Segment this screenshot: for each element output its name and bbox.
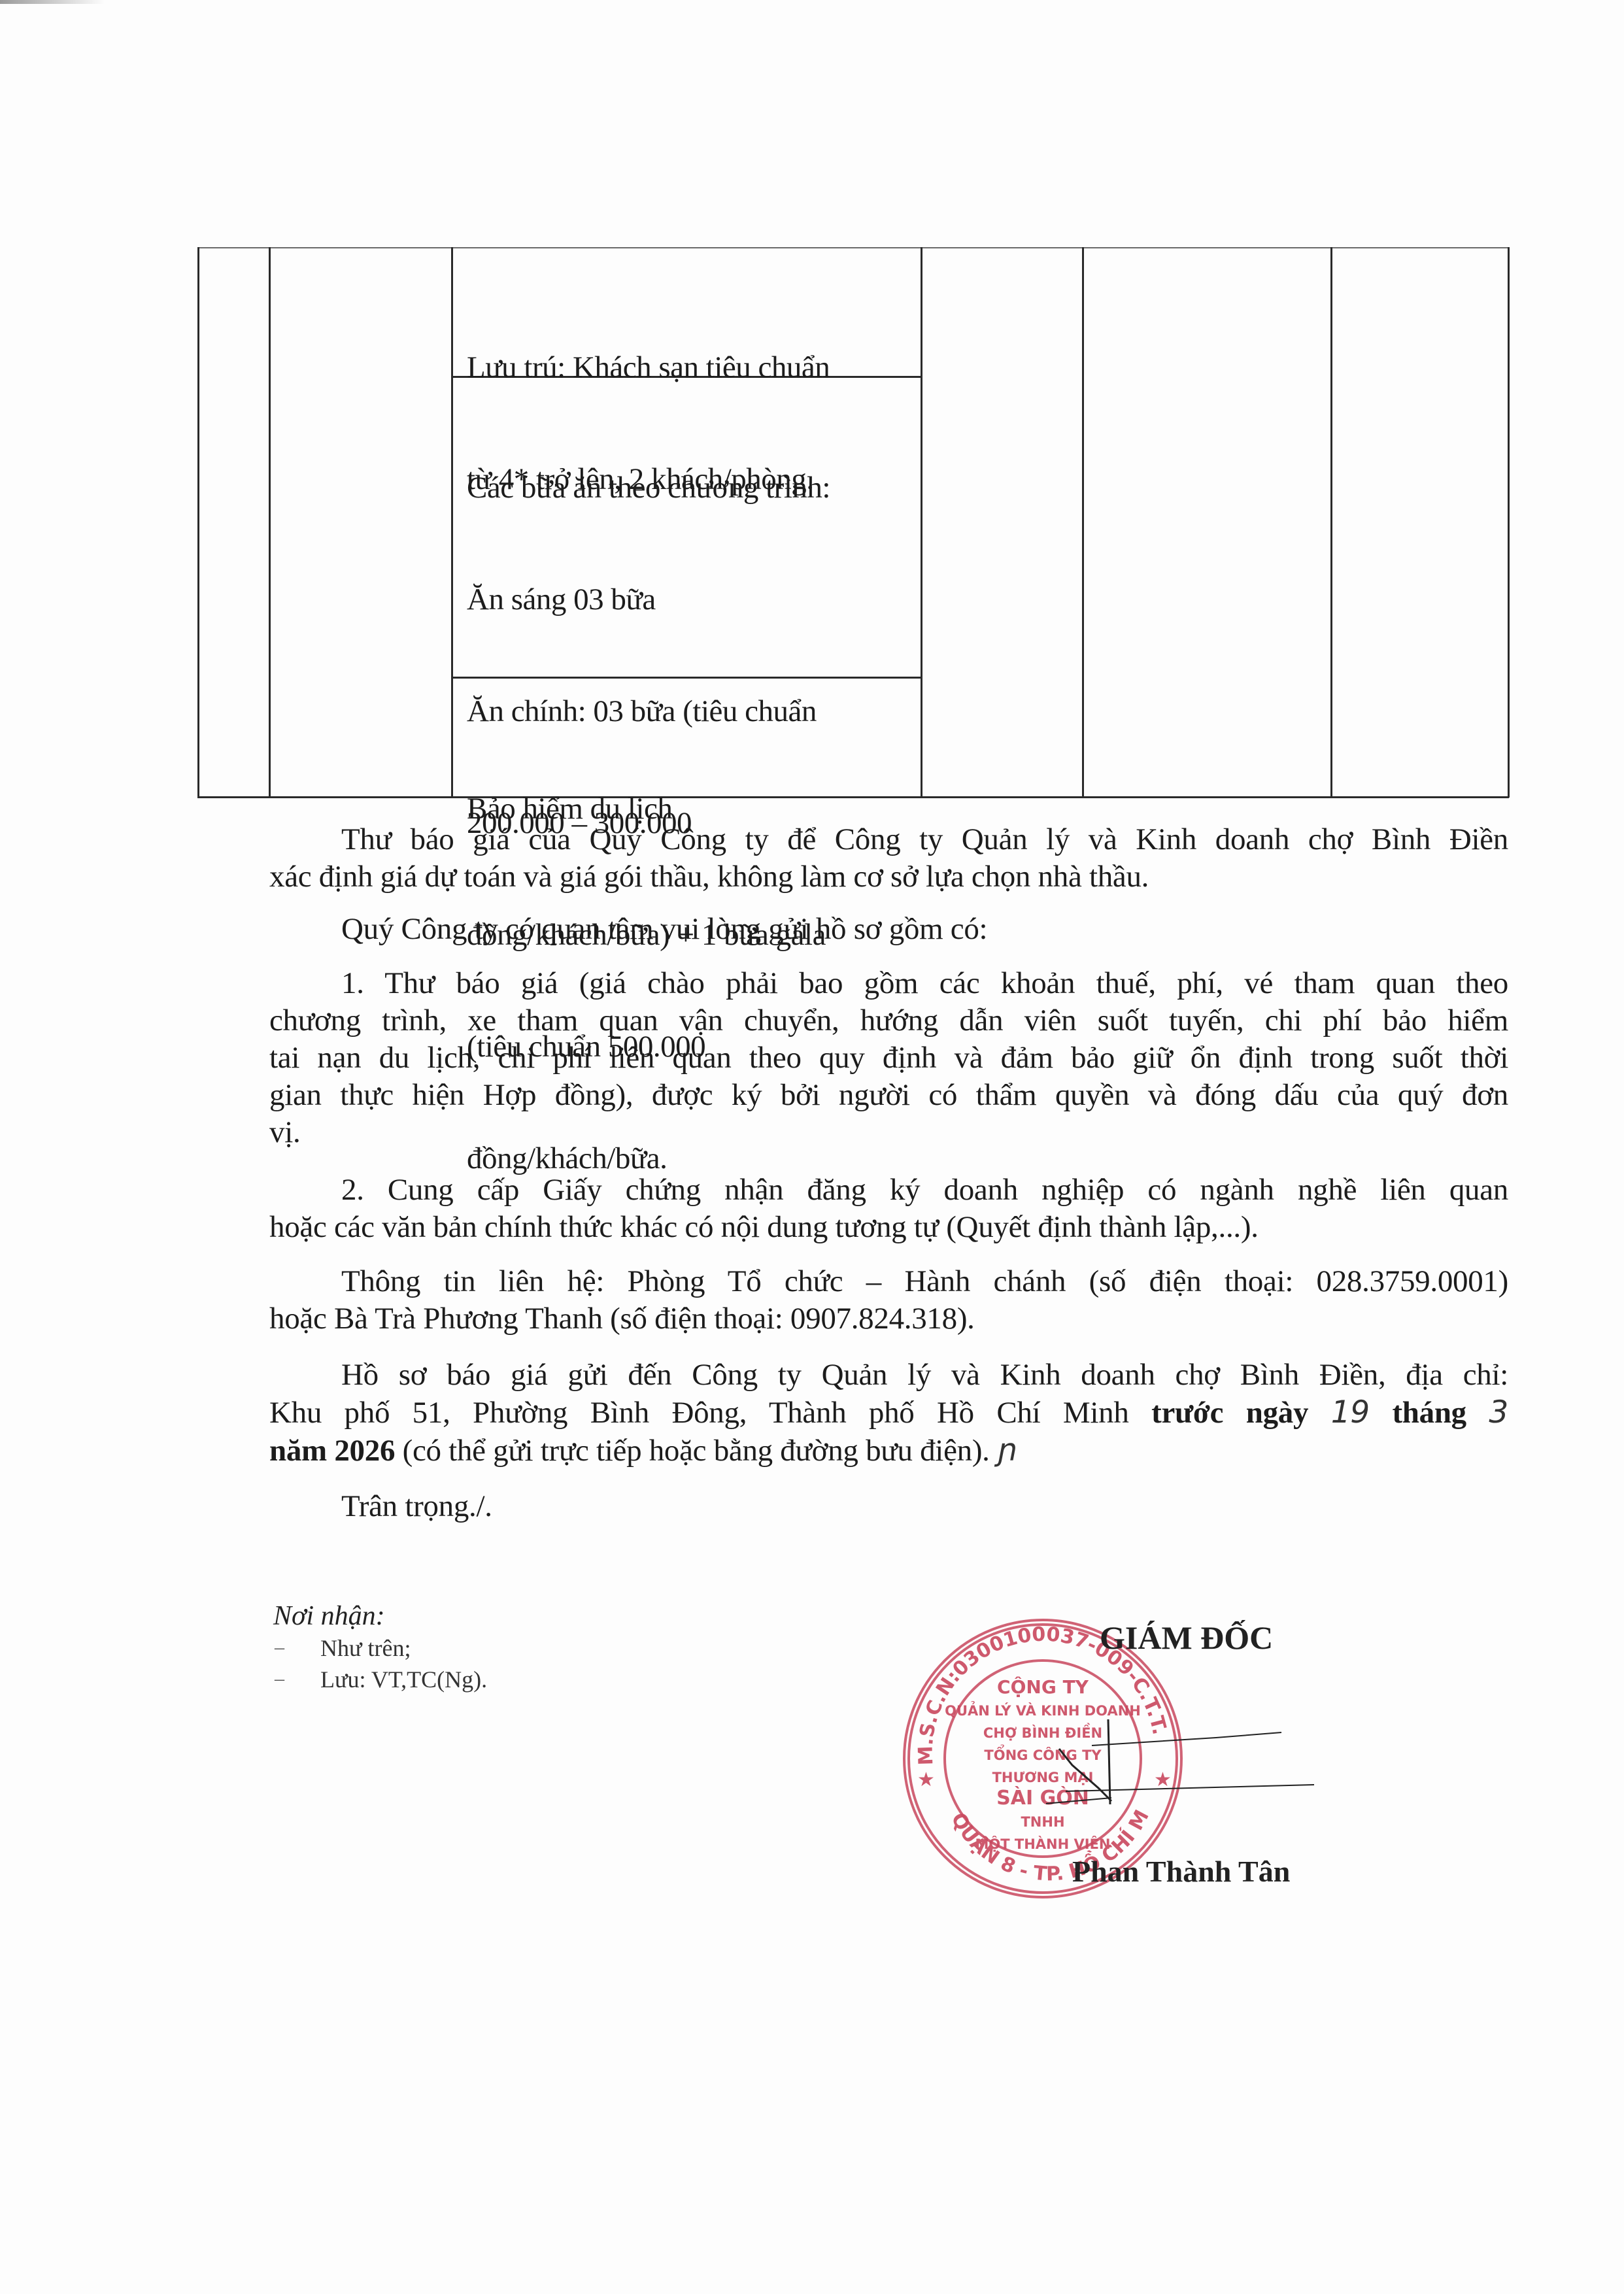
table-top-border	[197, 247, 1509, 248]
stamp-center-line: CỘNG TY	[997, 1676, 1089, 1698]
table-col-border	[197, 247, 199, 798]
bullet-dash: –	[275, 1636, 284, 1659]
table-bottom-border	[197, 796, 1509, 798]
text-line: Thông tin liên hệ: Phòng Tổ chức – Hành …	[269, 1263, 1508, 1300]
recipient-item: Như trên;	[320, 1634, 411, 1662]
paragraph-contact: Thông tin liên hệ: Phòng Tổ chức – Hành …	[269, 1263, 1508, 1338]
text-line: vị.	[269, 1114, 1508, 1151]
cell-line: Các bữa ăn theo chương trình:	[467, 469, 830, 507]
paragraph-request: Quý Công ty có quan tâm vui lòng gửi hồ …	[269, 911, 1508, 948]
scan-edge-artifact	[0, 0, 105, 4]
text: Quý Công ty có quan tâm vui lòng gửi hồ …	[341, 912, 987, 946]
cell-line: Lưu trú: Khách sạn tiêu chuẩn	[467, 349, 830, 386]
bullet-dash: –	[275, 1668, 284, 1690]
paragraph-submission: Hồ sơ báo giá gửi đến Công ty Quản lý và…	[269, 1357, 1508, 1470]
text: Hồ sơ báo giá gửi đến Công ty Quản lý và…	[341, 1358, 1508, 1392]
deadline-month-label: tháng	[1392, 1396, 1466, 1430]
text-line: Khu phố 51, Phường Bình Đông, Thành phố …	[269, 1394, 1508, 1432]
text-line: Hồ sơ báo giá gửi đến Công ty Quản lý và…	[269, 1357, 1508, 1394]
table-col-border	[1330, 247, 1332, 798]
text-line: tai nạn du lịch, chi phí liên quan theo …	[269, 1039, 1508, 1077]
requirement-item-1: 1. Thư báo giá (giá chào phải bao gồm cá…	[269, 965, 1508, 1151]
text-line: xác định giá dự toán và giá gói thầu, kh…	[269, 858, 1508, 896]
closing: Trân trọng./.	[269, 1488, 1508, 1525]
handwritten-initials: ɲ	[997, 1432, 1017, 1468]
handwritten-day: 19	[1331, 1394, 1370, 1430]
cell-line: Ăn sáng 03 bữa	[467, 581, 830, 618]
text-line: năm 2026 (có thể gửi trực tiếp hoặc bằng…	[269, 1432, 1508, 1470]
table-col-border	[921, 247, 922, 798]
handwritten-month: 3	[1489, 1394, 1508, 1430]
stamp-center-line: MỘT THÀNH VIÊN	[975, 1835, 1111, 1852]
recipients-title: Nơi nhận:	[273, 1600, 385, 1632]
text: Thư báo giá của Quý Công ty để Công ty Q…	[341, 822, 1508, 856]
requirement-item-2: 2. Cung cấp Giấy chứng nhận đăng ký doan…	[269, 1172, 1508, 1246]
text-line: chương trình, xe tham quan vận chuyển, h…	[269, 1002, 1508, 1039]
text: (có thể gửi trực tiếp hoặc bằng đường bư…	[395, 1434, 990, 1468]
address-text: Khu phố 51, Phường Bình Đông, Thành phố …	[269, 1396, 1129, 1430]
text: Thông tin liên hệ: Phòng Tổ chức – Hành …	[341, 1264, 1508, 1298]
deadline-year: năm 2026	[269, 1434, 395, 1468]
text-line: gian thực hiện Hợp đồng), được ký bởi ng…	[269, 1077, 1508, 1114]
text-line: hoặc Bà Trà Phương Thanh (số điện thoại:…	[269, 1300, 1508, 1338]
table-col-border	[1508, 247, 1510, 798]
table-col-border	[451, 247, 453, 798]
handwritten-signature	[1046, 1713, 1321, 1817]
text: Trân trọng./.	[341, 1489, 492, 1523]
text: 1. Thư báo giá (giá chào phải bao gồm cá…	[341, 966, 1508, 1000]
text-line: Thư báo giá của Quý Công ty để Công ty Q…	[269, 821, 1508, 858]
recipient-item: Lưu: VT,TC(Ng).	[320, 1666, 487, 1693]
text-line: hoặc các văn bản chính thức khác có nội …	[269, 1209, 1508, 1246]
quotation-table	[197, 247, 1509, 798]
table-col-border	[1082, 247, 1084, 798]
text-line: 1. Thư báo giá (giá chào phải bao gồm cá…	[269, 965, 1508, 1002]
text: 2. Cung cấp Giấy chứng nhận đăng ký doan…	[341, 1173, 1508, 1207]
text-line: Trân trọng./.	[269, 1488, 1508, 1525]
paragraph-purpose: Thư báo giá của Quý Công ty để Công ty Q…	[269, 821, 1508, 896]
signatory-name: Phan Thành Tân	[1072, 1854, 1290, 1889]
deadline-label: trước ngày	[1151, 1396, 1308, 1430]
text-line: Quý Công ty có quan tâm vui lòng gửi hồ …	[269, 911, 1508, 948]
signatory-title: GIÁM ĐỐC	[1100, 1619, 1273, 1657]
text-line: 2. Cung cấp Giấy chứng nhận đăng ký doan…	[269, 1172, 1508, 1209]
svg-text:★: ★	[917, 1768, 935, 1791]
table-col-border	[269, 247, 271, 798]
